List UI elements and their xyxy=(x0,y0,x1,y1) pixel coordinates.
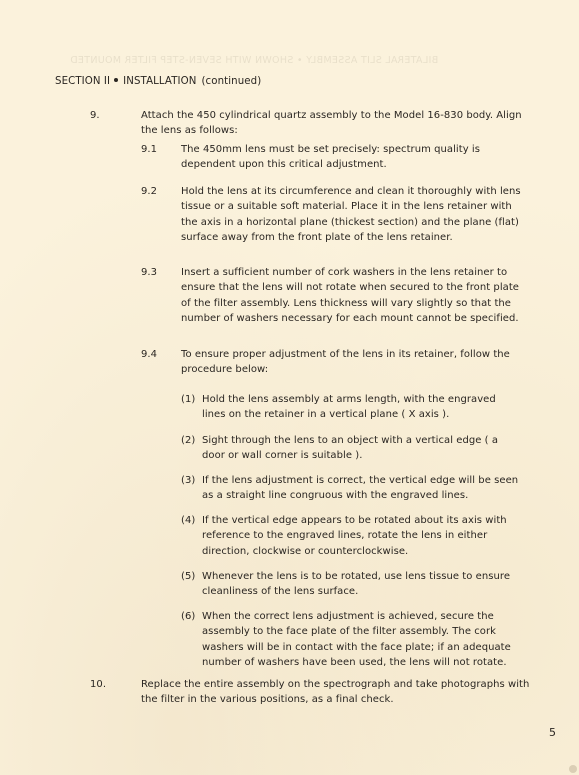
procedure-text: If the vertical edge appears to be rotat… xyxy=(202,513,522,559)
section-label: SECTION II xyxy=(55,76,110,87)
procedure-step-1: (1) Hold the lens assembly at arms lengt… xyxy=(181,392,522,423)
step-number: 10. xyxy=(90,677,106,692)
document-page: BILATERAL SLIT ASSEMBLY • SHOWN WITH SEV… xyxy=(0,0,579,775)
procedure-number: (4) xyxy=(181,513,195,528)
step-9: 9. Attach the 450 cylindrical quartz ass… xyxy=(90,108,541,139)
substep-text: To ensure proper adjustment of the lens … xyxy=(181,347,526,378)
step-text: Replace the entire assembly on the spect… xyxy=(141,677,541,708)
substep-number: 9.3 xyxy=(141,265,157,280)
substep-text: Hold the lens at its circumference and c… xyxy=(181,184,526,245)
procedure-number: (5) xyxy=(181,569,195,584)
substep-text: Insert a sufficient number of cork washe… xyxy=(181,265,526,326)
procedure-text: If the lens adjustment is correct, the v… xyxy=(202,473,522,504)
bleed-through-text: BILATERAL SLIT ASSEMBLY • SHOWN WITH SEV… xyxy=(70,55,438,66)
substep-9-3: 9.3 Insert a sufficient number of cork w… xyxy=(141,265,526,326)
substep-number: 9.4 xyxy=(141,347,157,362)
substep-text: The 450mm lens must be set precisely: sp… xyxy=(181,142,526,173)
procedure-number: (3) xyxy=(181,473,195,488)
procedure-text: When the correct lens adjustment is achi… xyxy=(202,609,522,670)
procedure-text: Whenever the lens is to be rotated, use … xyxy=(202,569,522,600)
substep-9-1: 9.1 The 450mm lens must be set precisely… xyxy=(141,142,526,173)
procedure-step-4: (4) If the vertical edge appears to be r… xyxy=(181,513,522,559)
section-suffix: (continued) xyxy=(201,76,261,87)
substep-number: 9.1 xyxy=(141,142,157,157)
procedure-number: (6) xyxy=(181,609,195,624)
substep-9-4: 9.4 To ensure proper adjustment of the l… xyxy=(141,347,526,378)
procedure-text: Hold the lens assembly at arms length, w… xyxy=(202,392,522,423)
step-text: Attach the 450 cylindrical quartz assemb… xyxy=(141,108,541,139)
procedure-step-5: (5) Whenever the lens is to be rotated, … xyxy=(181,569,522,600)
step-10: 10. Replace the entire assembly on the s… xyxy=(90,677,541,708)
procedure-step-6: (6) When the correct lens adjustment is … xyxy=(181,609,522,670)
bullet-icon xyxy=(114,78,118,82)
procedure-number: (1) xyxy=(181,392,195,407)
procedure-text: Sight through the lens to an object with… xyxy=(202,433,522,464)
procedure-number: (2) xyxy=(181,433,195,448)
procedure-step-2: (2) Sight through the lens to an object … xyxy=(181,433,522,464)
section-heading: SECTION IIINSTALLATION(continued) xyxy=(55,76,261,87)
page-number: 5 xyxy=(549,726,556,739)
section-title: INSTALLATION xyxy=(123,76,196,87)
substep-9-2: 9.2 Hold the lens at its circumference a… xyxy=(141,184,526,245)
procedure-step-3: (3) If the lens adjustment is correct, t… xyxy=(181,473,522,504)
corner-stain xyxy=(569,765,577,773)
step-number: 9. xyxy=(90,108,100,123)
substep-number: 9.2 xyxy=(141,184,157,199)
